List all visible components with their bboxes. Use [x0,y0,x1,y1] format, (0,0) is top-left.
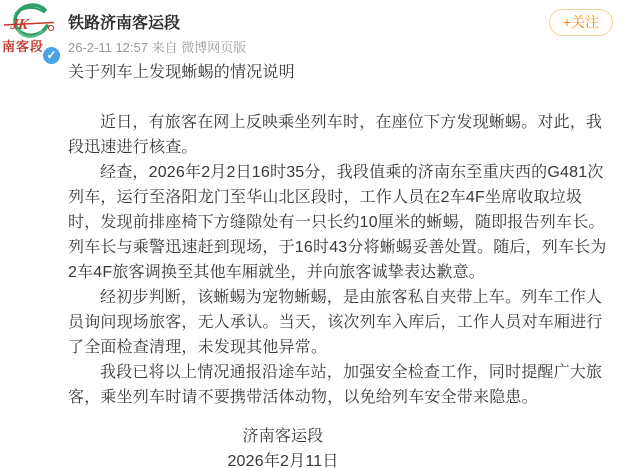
verified-badge-icon: ✓ [41,45,62,66]
signature: 济南客运段 [68,424,498,449]
post-body: 关于列车上发现蜥蜴的情况说明 近日，有旅客在网上反映乘坐列车时，在座位下方发现蜥… [68,60,614,468]
avatar[interactable]: JK 南客段 ✓ [1,1,59,63]
follow-button[interactable]: +关注 [549,9,613,36]
post-meta: 26-2-11 12:57 来自 微博网页版 [68,37,246,56]
signature-date: 2026年2月11日 [68,449,498,468]
post-paragraph: 我段已将以上情况通报沿途车站，加强安全检查工作，同时提醒广大旅客，乘坐列车时请不… [68,360,614,410]
post-paragraph: 近日，有旅客在网上反映乘坐列车时，在座位下方发现蜥蜴。对此，我段迅速进行核查。 [68,110,614,160]
post-title: 关于列车上发现蜥蜴的情况说明 [68,60,614,85]
weibo-post-page: JK 南客段 ✓ 铁路济南客运段 26-2-11 12:57 来自 微博网页版 … [0,0,623,468]
timestamp: 26-2-11 12:57 [68,40,148,55]
signature-block: 济南客运段 2026年2月11日 [68,424,498,468]
post-paragraph: 经初步判断，该蜥蜴为宠物蜥蜴，是由旅客私自夹带上车。列车工作人员询问现场旅客，无… [68,285,614,360]
post-paragraph: 经查，2026年2月2日16时35分，我段值乘的济南东至重庆西的G481次列车，… [68,160,614,285]
source-link[interactable]: 微博网页版 [181,40,246,55]
svg-text:南客段: 南客段 [2,39,44,54]
username[interactable]: 铁路济南客运段 [68,10,180,33]
svg-text:JK: JK [9,17,31,33]
source-prefix: 来自 [152,40,178,55]
